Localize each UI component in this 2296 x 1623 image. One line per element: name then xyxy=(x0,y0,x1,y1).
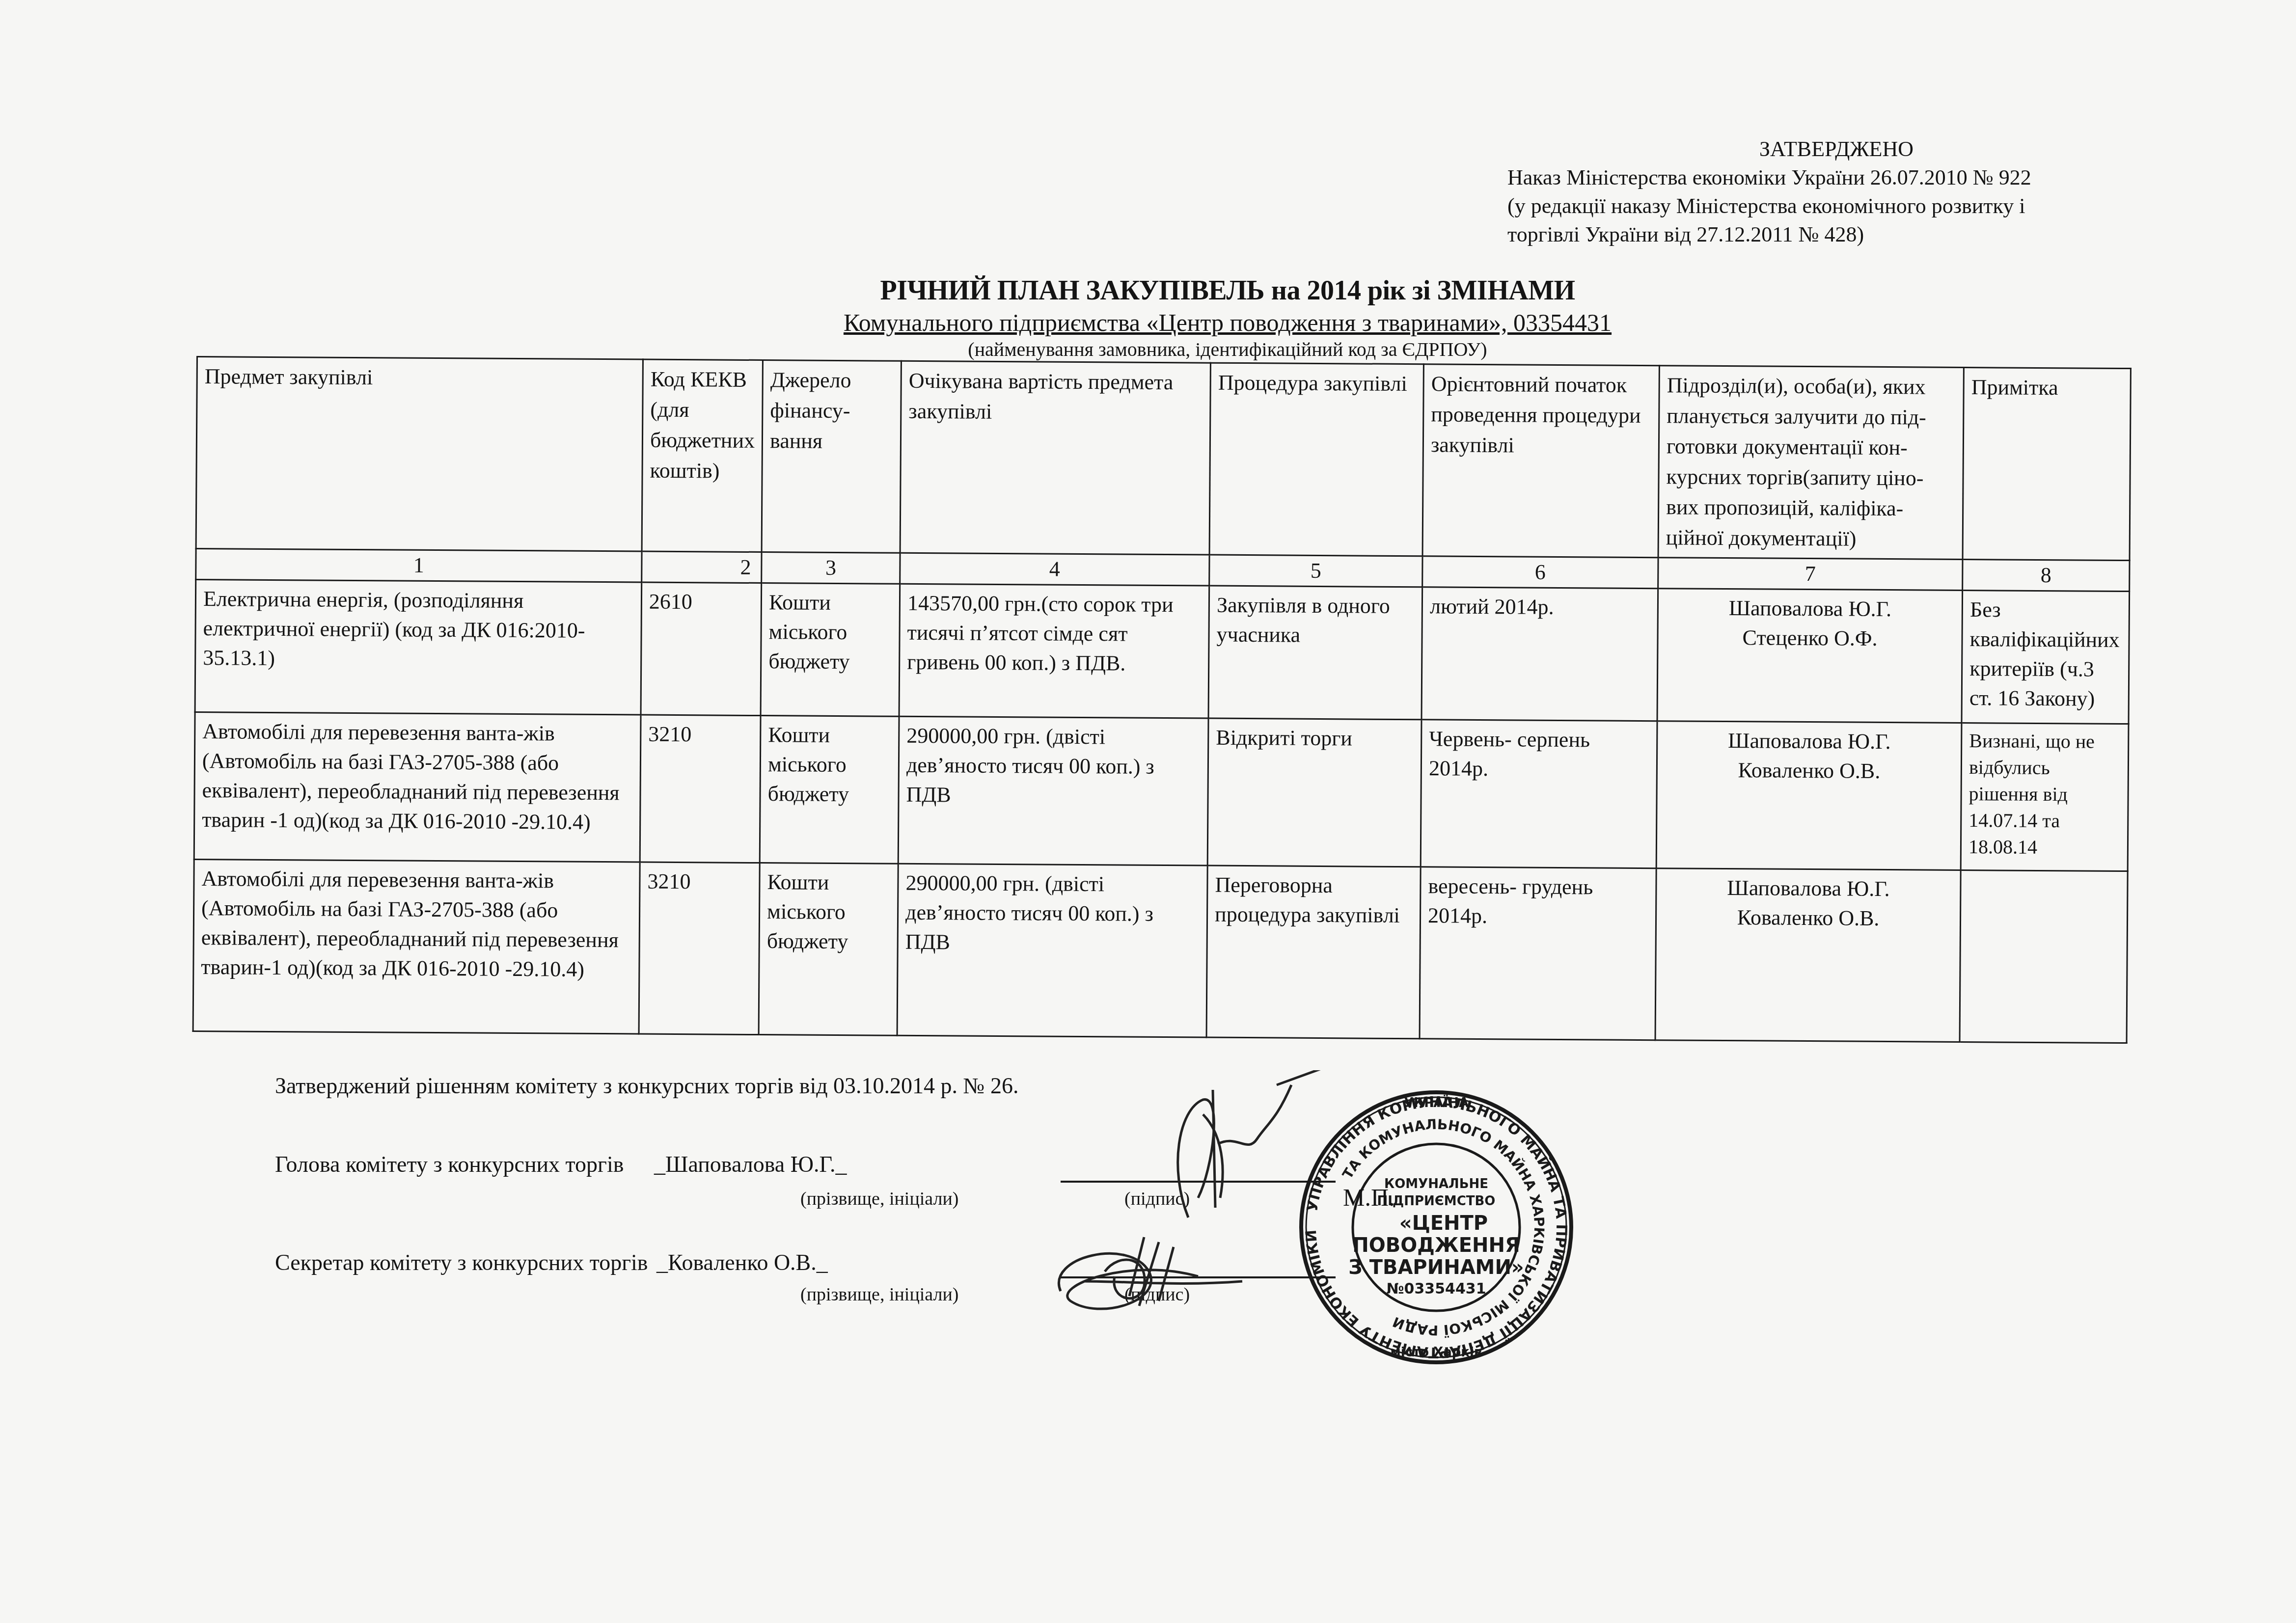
document-title: РІЧНИЙ ПЛАН ЗАКУПІВЕЛЬ на 2014 рік зі ЗМ… xyxy=(687,275,1768,306)
secretary-name-caption: (прізвище, ініціали) xyxy=(800,1284,958,1305)
cell-note xyxy=(1960,870,2128,1043)
column-number: 5 xyxy=(1209,555,1422,587)
cell-subject: Електрична енергія, (розподіляння електр… xyxy=(195,580,642,715)
column-number: 8 xyxy=(1963,559,2130,591)
procurement-plan-table: Предмет закупівлі Код КЕКВ (для бюджетни… xyxy=(192,356,2132,1044)
cell-start: лютий 2014р. xyxy=(1421,587,1658,721)
approval-block: ЗАТВЕРДЖЕНО Наказ Міністерства економіки… xyxy=(1507,135,2146,249)
secretary-line: Секретар комітету з конкурсних торгів _К… xyxy=(275,1249,828,1275)
person-name: Стеценко О.Ф. xyxy=(1665,622,1954,654)
stamp-top-text: УКРАЇНА xyxy=(1404,1095,1469,1110)
stamp-center-line: З ТВАРИНАМИ» xyxy=(1348,1256,1524,1279)
cell-cost: 290000,00 грн. (двісті дев’яносто тисяч … xyxy=(897,864,1207,1037)
chair-line: Голова комітету з конкурсних торгів _Шап… xyxy=(275,1151,847,1177)
column-number: 3 xyxy=(762,552,900,584)
cell-persons: Шаповалова Ю.Г. Стеценко О.Ф. xyxy=(1657,589,1963,723)
approval-line: торгівлі України від 27.12.2011 № 428) xyxy=(1507,220,2146,249)
cell-source: Кошти міського бюджету xyxy=(760,716,899,864)
cell-source: Кошти міського бюджету xyxy=(759,863,898,1036)
document-page: ЗАТВЕРДЖЕНО Наказ Міністерства економіки… xyxy=(0,0,2296,1623)
secretary-label: Секретар комітету з конкурсних торгів xyxy=(275,1250,648,1275)
table-row: Автомобілі для перевезення ванта-жів (Ав… xyxy=(193,859,2128,1043)
chair-name: _Шаповалова Ю.Г._ xyxy=(654,1152,847,1177)
cell-persons: Шаповалова Ю.Г. Коваленко О.В. xyxy=(1655,868,1961,1042)
header-start: Орієнтовний початок проведення процедури… xyxy=(1422,364,1659,558)
cell-subject: Автомобілі для перевезення ванта-жів (Ав… xyxy=(194,712,641,862)
table-row: Автомобілі для перевезення ванта-жів (Ав… xyxy=(194,712,2129,871)
person-name: Коваленко О.В. xyxy=(1665,755,1954,786)
stamp-center-line: №03354431 xyxy=(1386,1280,1486,1298)
cell-kekv: 3210 xyxy=(640,715,761,863)
person-name: Коваленко О.В. xyxy=(1664,902,1953,934)
stamp-bottom-text: місто Харків xyxy=(1391,1345,1482,1360)
header-procedure: Процедура закупівлі xyxy=(1209,363,1423,556)
table-header-row: Предмет закупівлі Код КЕКВ (для бюджетни… xyxy=(196,357,2131,561)
official-stamp-icon: УПРАВЛІННЯ КОМУНАЛЬНОГО МАЙНА ТА ПРИВАТИ… xyxy=(1296,1087,1576,1367)
cell-procedure: Закупівля в одного учасника xyxy=(1208,586,1422,720)
header-cost: Очікувана вартість предмета закупівлі xyxy=(900,361,1210,555)
header-note: Примітка xyxy=(1963,367,2131,560)
approval-line: Наказ Міністерства економіки України 26.… xyxy=(1507,163,2146,192)
cell-start: Червень- серпень 2014р. xyxy=(1421,720,1657,868)
cell-kekv: 3210 xyxy=(639,862,760,1034)
cell-cost: 143570,00 грн.(сто сорок три тисячі п’ят… xyxy=(899,584,1209,718)
person-name: Шаповалова Ю.Г. xyxy=(1664,873,1953,904)
cell-start: вересень- грудень 2014р. xyxy=(1420,867,1656,1040)
header-persons: Підрозділ(и), особа(и), яких планується … xyxy=(1658,366,1964,560)
table-row: Електрична енергія, (розподіляння електр… xyxy=(195,580,2130,724)
seal-mark: М.П. xyxy=(1343,1183,1395,1212)
cell-note: Без кваліфікаційних критеріїв (ч.3 ст. 1… xyxy=(1962,590,2130,724)
chair-label: Голова комітету з конкурсних торгів xyxy=(275,1152,624,1177)
cell-procedure: Переговорна процедура закупівлі xyxy=(1206,866,1421,1039)
secretary-name: _Коваленко О.В._ xyxy=(656,1250,828,1275)
stamp-center-line: «ЦЕНТР xyxy=(1399,1212,1488,1235)
approval-heading: ЗАТВЕРДЖЕНО xyxy=(1507,135,2146,163)
stamp-center-line: ПІДПРИЄМСТВО xyxy=(1377,1194,1496,1209)
cell-cost: 290000,00 грн. (двісті дев’яносто тисяч … xyxy=(898,716,1208,866)
chair-name-caption: (прізвище, ініціали) xyxy=(800,1188,958,1210)
cell-procedure: Відкриті торги xyxy=(1207,718,1421,867)
stamp-center-line: КОМУНАЛЬНЕ xyxy=(1384,1177,1488,1191)
cell-persons: Шаповалова Ю.Г. Коваленко О.В. xyxy=(1656,721,1962,870)
approval-line: (у редакції наказу Міністерства економіч… xyxy=(1507,192,2146,220)
customer-caption: (найменування замовника, ідентифікаційни… xyxy=(687,338,1768,361)
cell-note: Визнані, що не відбулись рішення від 14.… xyxy=(1961,723,2129,871)
column-number: 2 xyxy=(642,551,762,583)
column-number: 1 xyxy=(196,549,642,583)
person-name: Шаповалова Ю.Г. xyxy=(1665,726,1954,757)
secretary-signature-icon xyxy=(1031,1227,1306,1325)
header-kekv: Код КЕКВ (для бюджетних коштів) xyxy=(642,359,763,552)
column-number: 4 xyxy=(900,553,1209,586)
column-number: 6 xyxy=(1422,556,1658,589)
header-subject: Предмет закупівлі xyxy=(196,357,643,552)
column-number: 7 xyxy=(1658,558,1963,591)
cell-kekv: 2610 xyxy=(641,582,762,715)
person-name: Шаповалова Ю.Г. xyxy=(1666,593,1955,624)
title-block: РІЧНИЙ ПЛАН ЗАКУПІВЕЛЬ на 2014 рік зі ЗМ… xyxy=(687,275,1768,361)
approval-decision: Затверджений рішенням комітету з конкурс… xyxy=(275,1073,1018,1099)
header-source: Джерело фінансу-вання xyxy=(762,360,901,553)
cell-source: Кошти міського бюджету xyxy=(761,583,900,717)
cell-subject: Автомобілі для перевезення ванта-жів (Ав… xyxy=(193,859,640,1034)
customer-name: Комунального підприємства «Центр поводже… xyxy=(687,308,1768,337)
stamp-center-line: ПОВОДЖЕННЯ xyxy=(1352,1234,1520,1257)
